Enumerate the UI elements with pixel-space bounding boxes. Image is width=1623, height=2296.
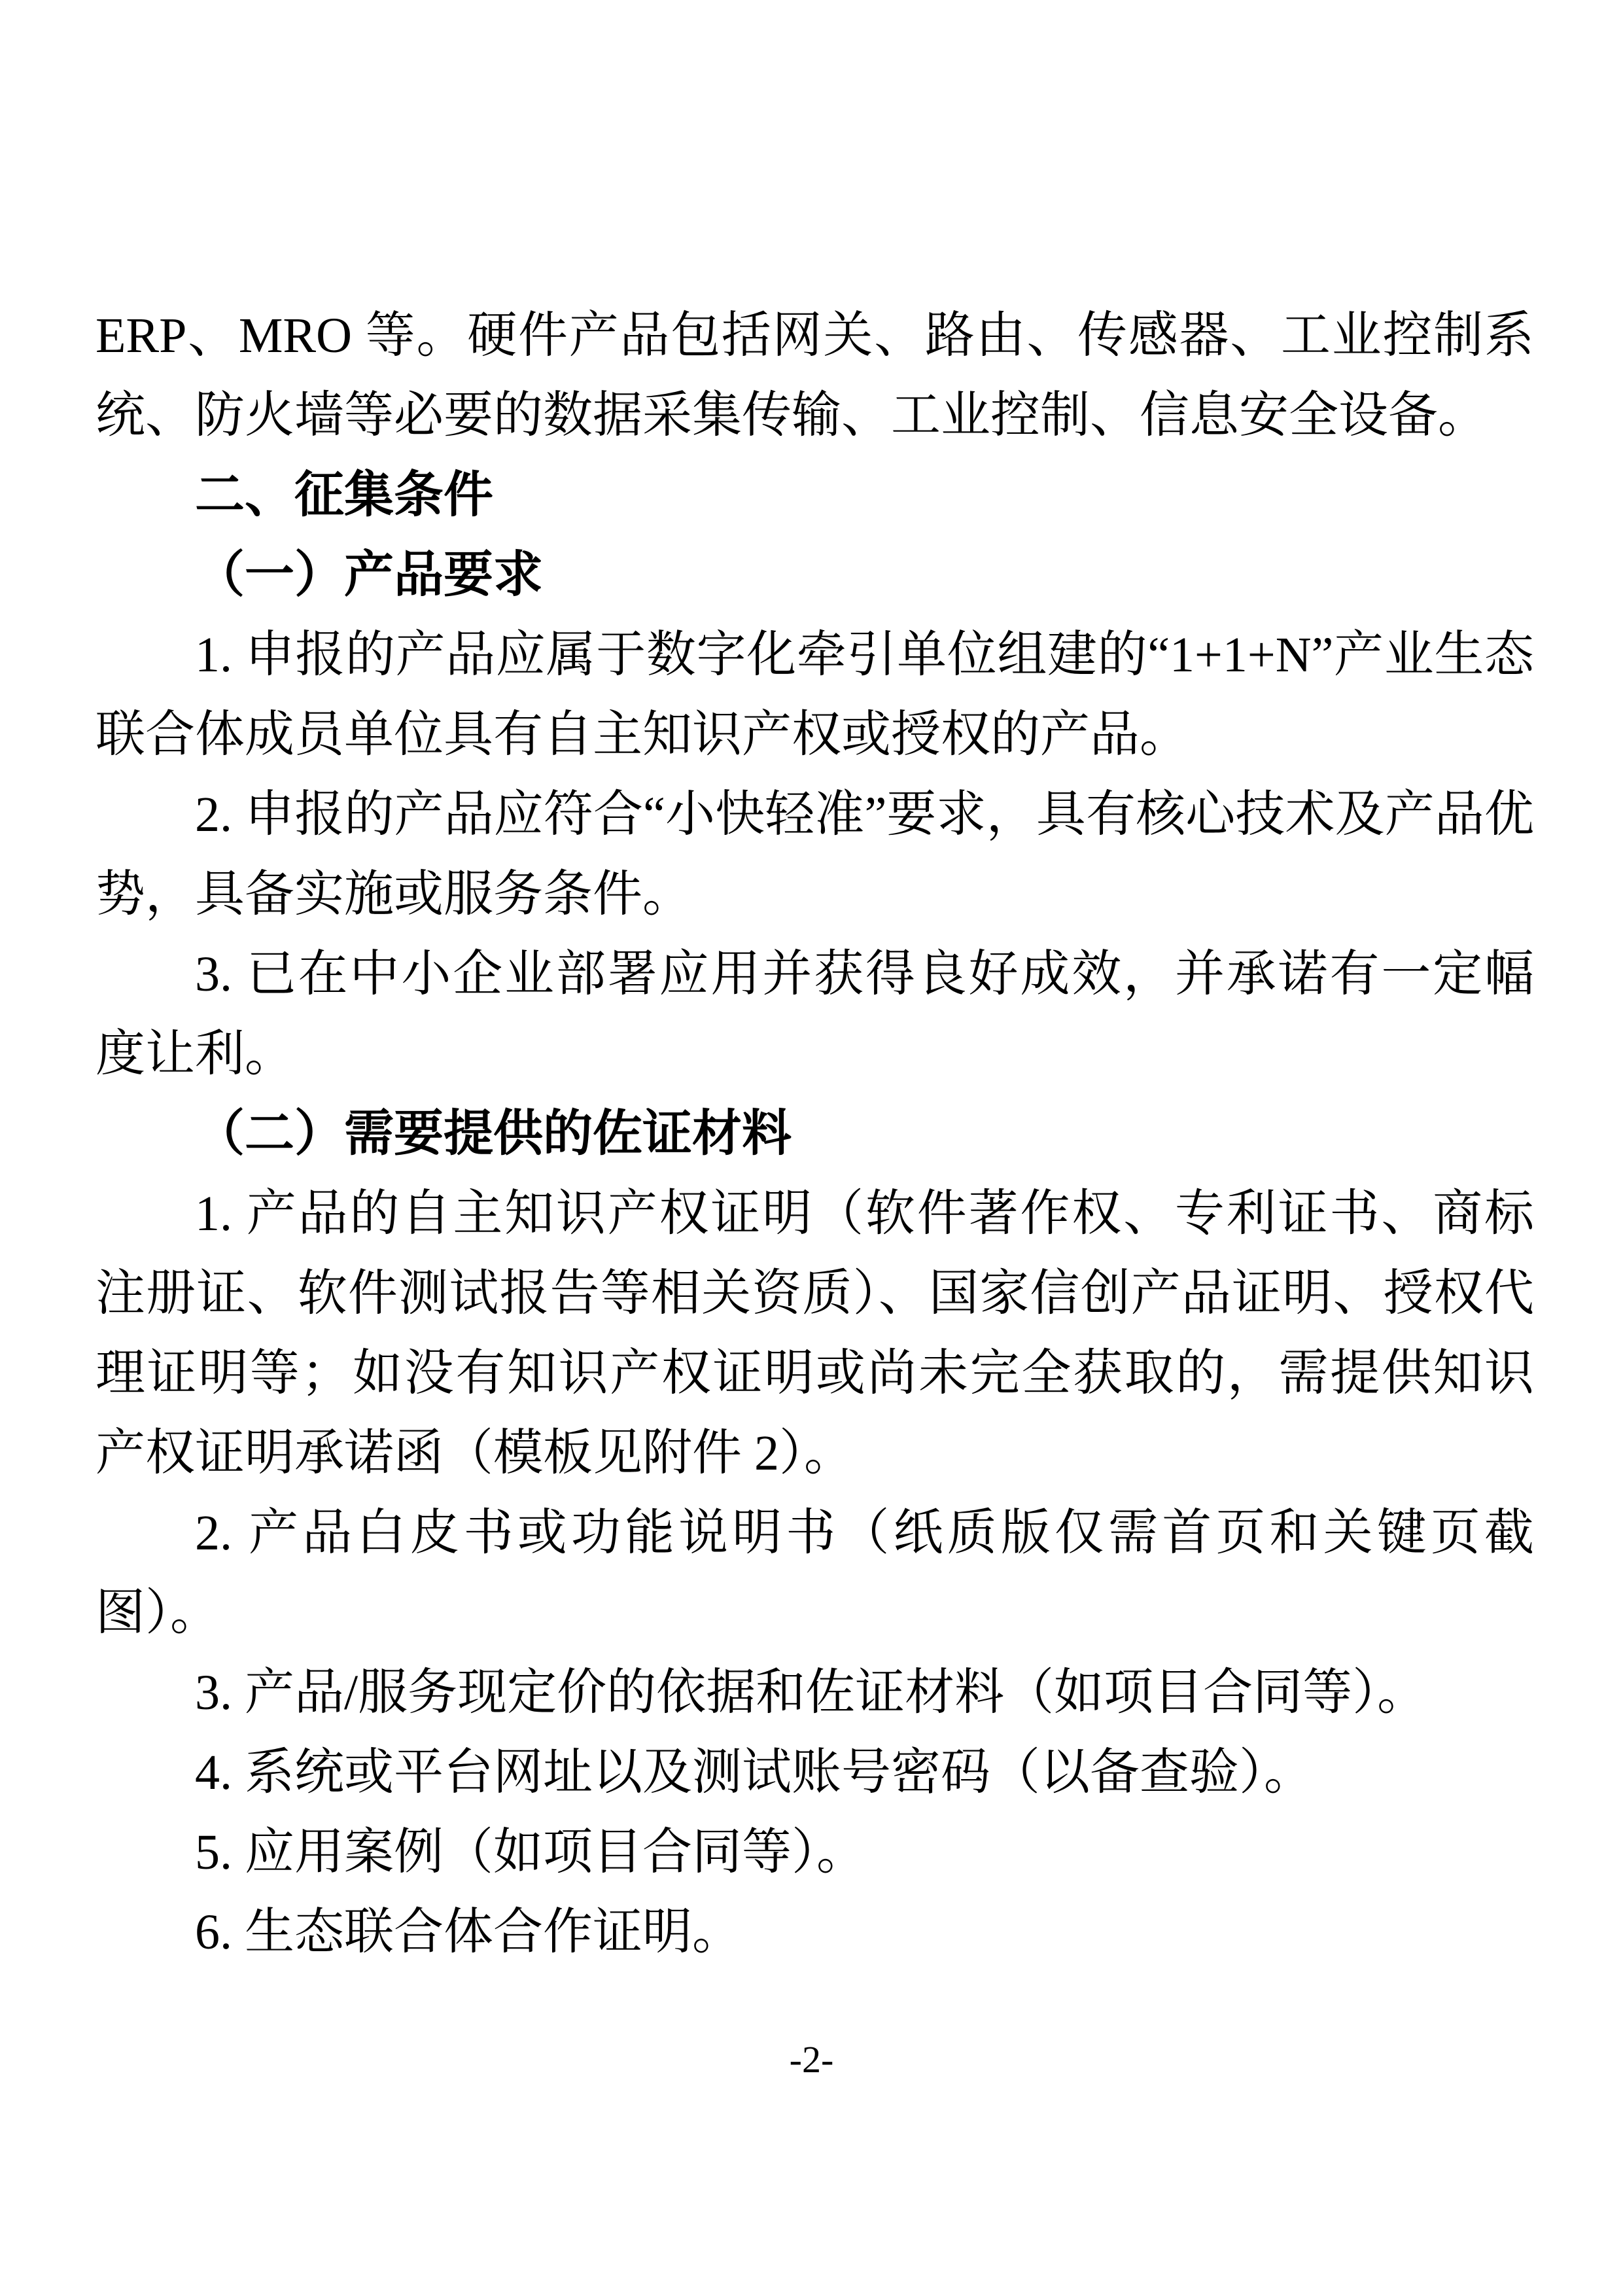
subsection-2-heading: （二）需要提供的佐证材料: [96, 1094, 1534, 1174]
section-heading: 二、征集条件: [96, 455, 1534, 535]
subsection-1-heading: （一）产品要求: [96, 535, 1534, 615]
subsection-2-item: 3. 产品/服务现定价的依据和佐证材料（如项目合同等）。: [96, 1653, 1534, 1733]
document-page: ERP、MRO 等。硬件产品包括网关、路由、传感器、工业控制系统、防火墙等必要的…: [0, 0, 1623, 2296]
subsection-2-item: 1. 产品的自主知识产权证明（软件著作权、专利证书、商标注册证、软件测试报告等相…: [96, 1174, 1534, 1493]
subsection-2-item: 4. 系统或平台网址以及测试账号密码（以备查验）。: [96, 1733, 1534, 1812]
page-number: -2-: [0, 2034, 1623, 2086]
subsection-2-item: 2. 产品白皮书或功能说明书（纸质版仅需首页和关键页截图）。: [96, 1493, 1534, 1653]
subsection-2-item: 6. 生态联合体合作证明。: [96, 1892, 1534, 1972]
subsection-1-item: 3. 已在中小企业部署应用并获得良好成效，并承诺有一定幅度让利。: [96, 934, 1534, 1094]
subsection-1-item: 2. 申报的产品应符合“小快轻准”要求，具有核心技术及产品优势，具备实施或服务条…: [96, 775, 1534, 934]
continuation-paragraph: ERP、MRO 等。硬件产品包括网关、路由、传感器、工业控制系统、防火墙等必要的…: [96, 296, 1534, 455]
subsection-2-item: 5. 应用案例（如项目合同等）。: [96, 1812, 1534, 1892]
subsection-1-item: 1. 申报的产品应属于数字化牵引单位组建的“1+1+N”产业生态联合体成员单位具…: [96, 615, 1534, 775]
